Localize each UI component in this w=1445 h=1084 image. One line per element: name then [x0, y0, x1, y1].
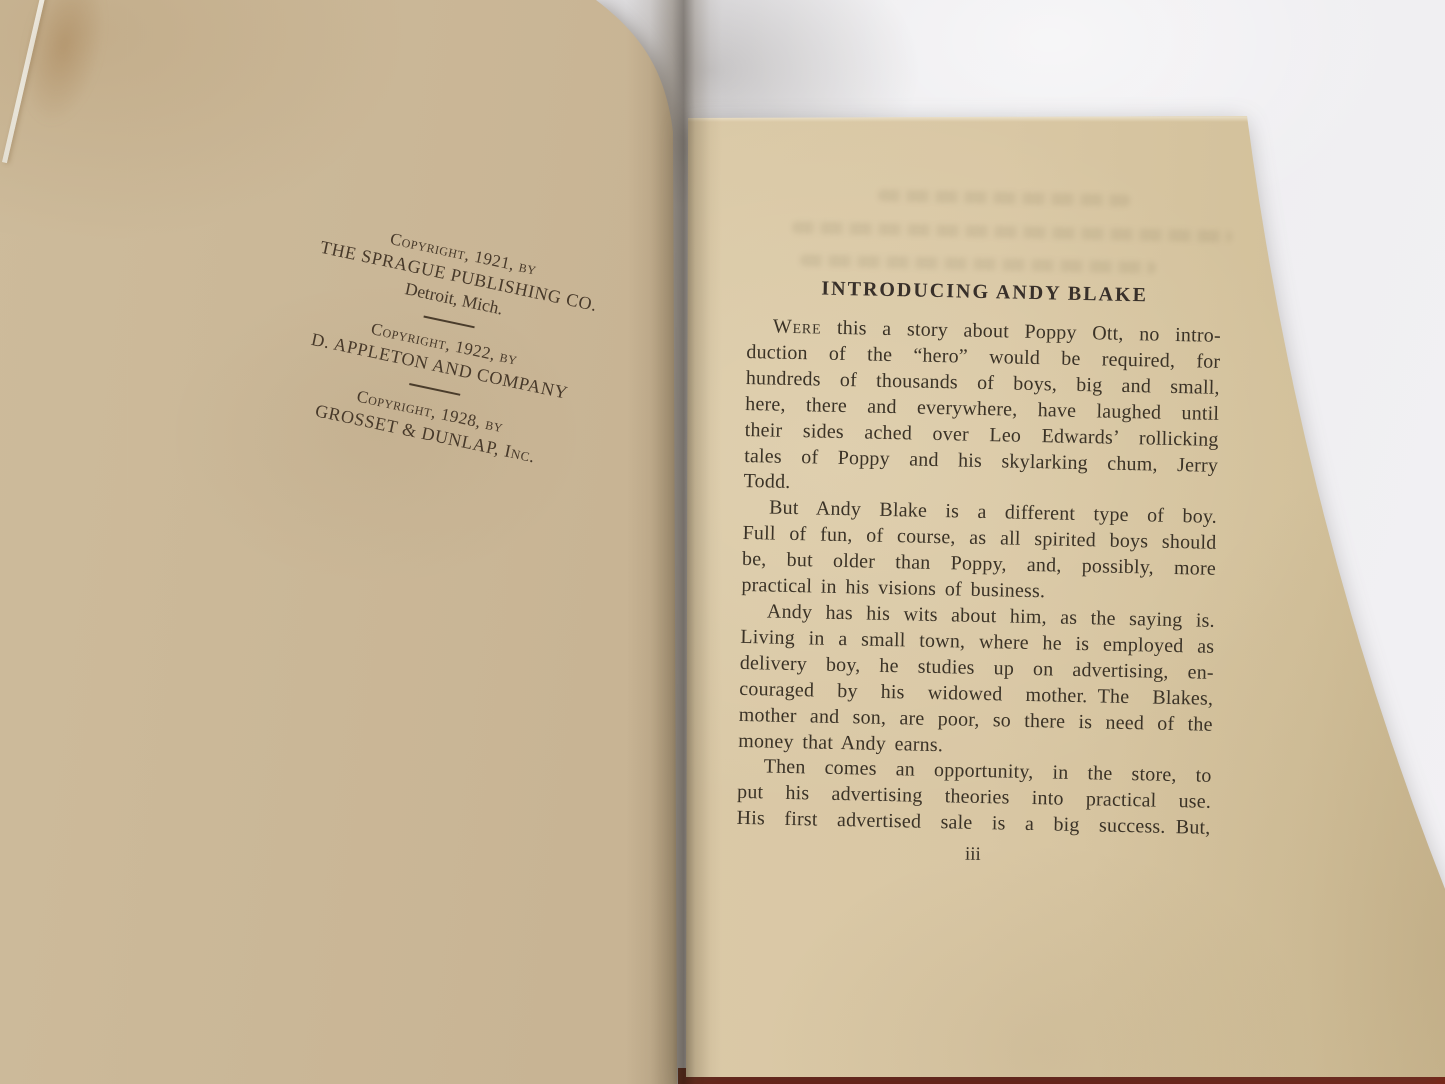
open-book-photo: Copyright, 1921, by THE SPRAGUE PUBLISHI…: [0, 0, 1445, 1084]
body-lines: duction of the “hero” would be required,…: [736, 340, 1220, 842]
right-page: [0, 0, 1445, 1084]
lead-smallcaps-word: Were: [773, 316, 822, 339]
right-page-shadow: [0, 0, 1445, 1084]
introduction-text: INTRODUCING ANDY BLAKE Were this a story…: [736, 274, 1222, 871]
